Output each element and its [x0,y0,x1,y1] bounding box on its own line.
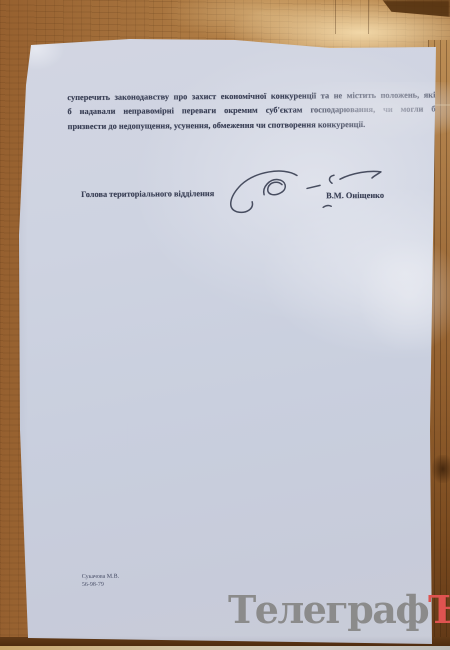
signatory-title: Голова територіального відділення [81,189,214,199]
watermark-gray-text: Телеграф [228,587,428,632]
executor-phone: 56-98-79 [82,581,119,589]
watermark-red-letter: Ъ [428,587,450,632]
executor-note: Сукачова М.В. 56-98-79 [82,574,119,589]
paragraph-text: суперечить законодавству про захист екон… [67,89,435,134]
document-content: суперечить законодавству про захист екон… [0,0,450,650]
watermark-telegraf: ТелеграфЪ [228,591,450,629]
paragraph-line: призвести до недопущення, усунення, обме… [68,117,436,134]
executor-name: Сукачова М.В. [82,574,119,582]
signatory-name: В.М. Оніщенко [326,191,384,200]
photo-scene: суперечить законодавству про захист екон… [0,0,450,650]
paragraph-line: б надавали неправомірні переваги окремим… [67,103,435,120]
